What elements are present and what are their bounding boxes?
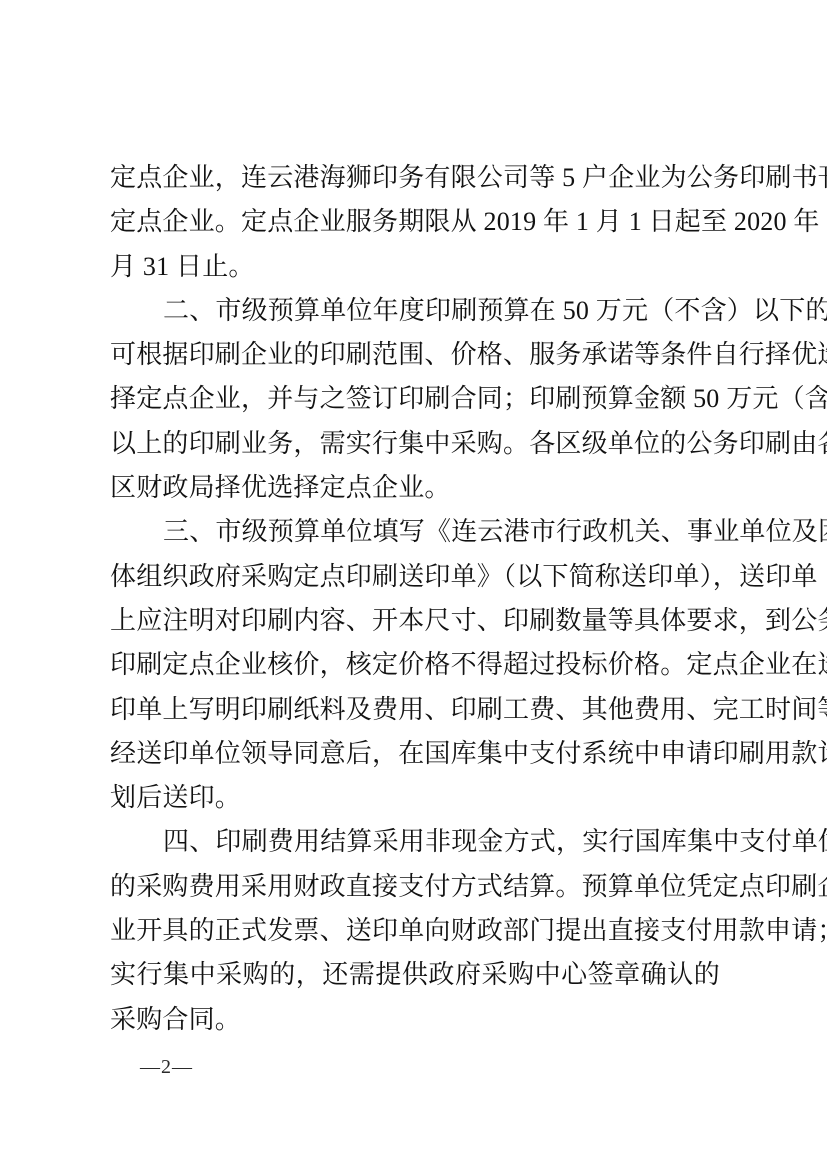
text-line: 可根据印刷企业的印刷范围、价格、服务承诺等条件自行择优选 — [110, 333, 720, 377]
text-line: 印单上写明印刷纸料及费用、印刷工费、其他费用、完工时间等， — [110, 688, 720, 732]
text-line: 印刷定点企业核价，核定价格不得超过投标价格。定点企业在送 — [110, 643, 720, 687]
text-line: 业开具的正式发票、送印单向财政部门提出直接支付用款申请； — [110, 909, 720, 953]
text-line: 上应注明对印刷内容、开本尺寸、印刷数量等具体要求，到公务 — [110, 599, 720, 643]
text-line: 定点企业。定点企业服务期限从 2019 年 1 月 1 日起至 2020 年 1… — [110, 200, 720, 244]
text-line: 划后送印。 — [110, 776, 720, 820]
text-line: 区财政局择优选择定点企业。 — [110, 466, 720, 510]
page-number: —2— — [140, 1056, 193, 1079]
text-line: 的采购费用采用财政直接支付方式结算。预算单位凭定点印刷企 — [110, 865, 720, 909]
text-line: 经送印单位领导同意后，在国库集中支付系统中申请印刷用款计 — [110, 732, 720, 776]
text-line: 月 31 日止。 — [110, 245, 720, 289]
text-line: 实行集中采购的，还需提供政府采购中心签章确认的采购合同。 — [110, 953, 720, 1042]
document-body-text: 定点企业，连云港海狮印务有限公司等 5 户企业为公务印刷书刊 定点企业。定点企业… — [110, 0, 720, 1042]
text-line: 体组织政府采购定点印刷送印单》（以下简称送印单），送印单 — [110, 555, 720, 599]
document-page: 定点企业，连云港海狮印务有限公司等 5 户企业为公务印刷书刊 定点企业。定点企业… — [0, 0, 827, 1169]
text-line: 以上的印刷业务，需实行集中采购。各区级单位的公务印刷由各 — [110, 422, 720, 466]
text-line: 择定点企业，并与之签订印刷合同；印刷预算金额 50 万元（含） — [110, 377, 720, 421]
text-line: 二、市级预算单位年度印刷预算在 50 万元（不含）以下的， — [110, 289, 720, 333]
text-line: 三、市级预算单位填写《连云港市行政机关、事业单位及团 — [110, 510, 720, 554]
text-line: 定点企业，连云港海狮印务有限公司等 5 户企业为公务印刷书刊 — [110, 156, 720, 200]
text-line: 四、印刷费用结算采用非现金方式，实行国库集中支付单位 — [110, 820, 720, 864]
